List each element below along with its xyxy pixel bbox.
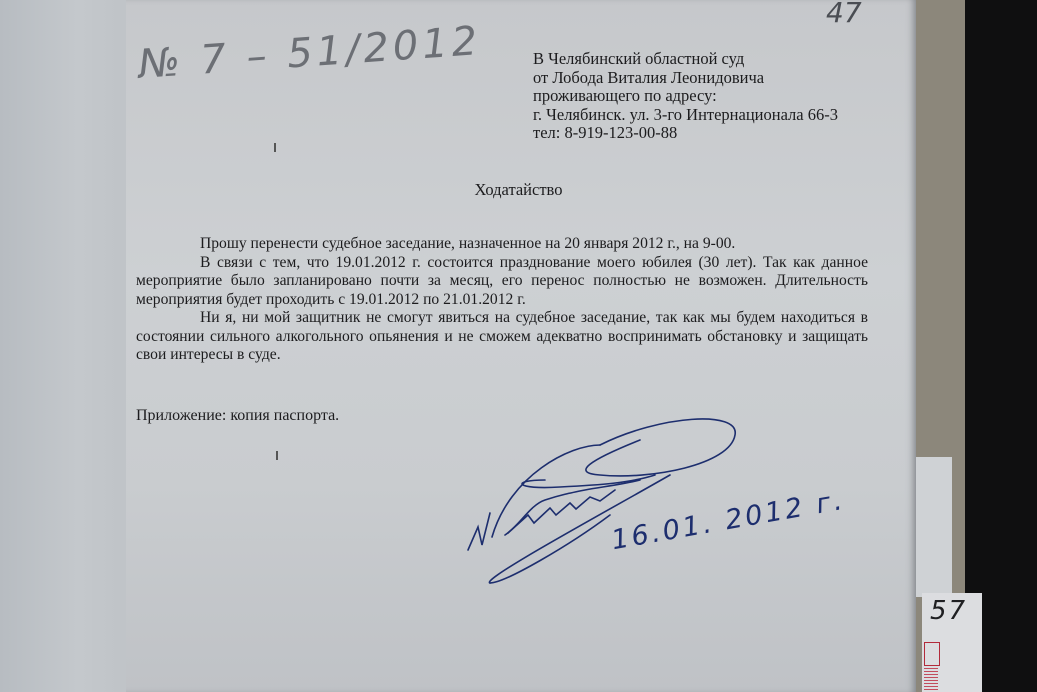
addressee-court: В Челябинский областной суд: [533, 50, 838, 69]
background-page-left: [0, 0, 130, 692]
dark-background: [965, 0, 1037, 692]
hole-punch-mark: [274, 143, 276, 152]
attachment-line: Приложение: копия паспорта.: [136, 407, 339, 425]
paragraph: В связи с тем, что 19.01.2012 г. состоит…: [136, 254, 868, 310]
handwritten-sheet-number: 47: [826, 0, 862, 29]
stamp-emblem-icon: [924, 642, 940, 666]
document-body: Прошу перенести судебное заседание, назн…: [136, 235, 868, 365]
document-title: Ходатайство: [0, 180, 1037, 200]
addressee-block: В Челябинский областной суд от Лобода Ви…: [533, 50, 838, 143]
addressee-from: от Лобода Виталия Леонидовича: [533, 69, 838, 88]
stamp-text: [924, 668, 938, 692]
paragraph: Прошу перенести судебное заседание, назн…: [136, 235, 868, 254]
addressee-residing: проживающего по адресу:: [533, 87, 838, 106]
addressee-phone: тел: 8-919-123-00-88: [533, 124, 838, 143]
hole-punch-mark: [276, 451, 278, 460]
paragraph: Ни я, ни мой защитник не смогут явиться …: [136, 309, 868, 365]
addressee-address: г. Челябинск. ул. 3-го Интернационала 66…: [533, 106, 838, 125]
underlying-sheet: [912, 457, 952, 597]
underlying-sheet-number: 57: [930, 596, 967, 626]
